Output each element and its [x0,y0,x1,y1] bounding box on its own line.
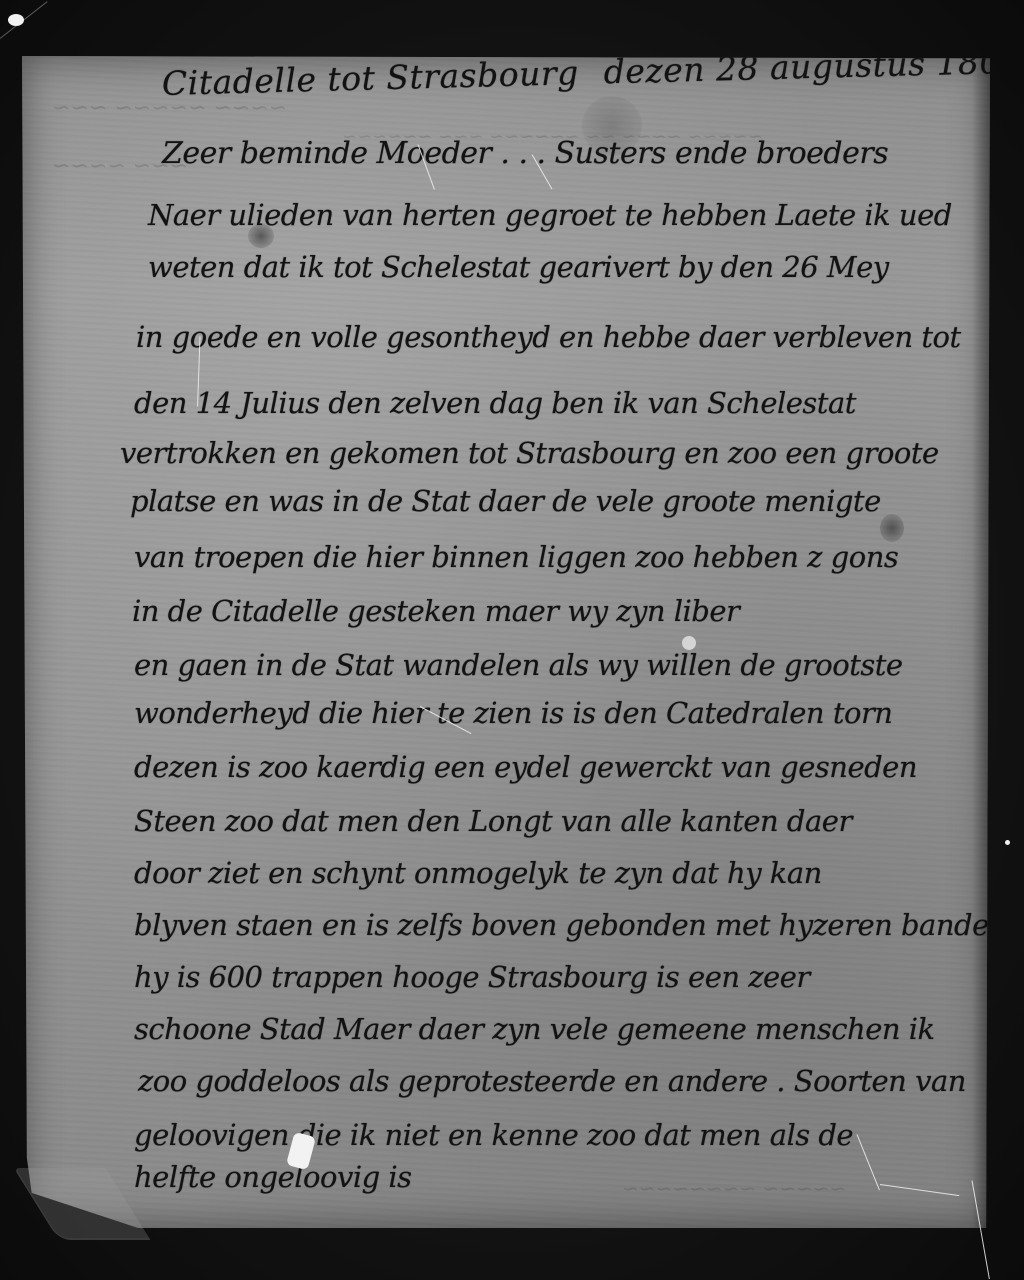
letter-page: ~~~~ ~~~~~ ~~~ ~~~ ~~~~ ~~~~~ ~~~~ ~~ ~~… [22,56,990,1228]
heading-place: Citadelle tot Strasbourg [161,53,579,103]
letter-line: in de Citadelle gesteken maer wy zyn lib… [132,594,739,628]
bleed-through: ~~~~~ ~~~~~~~~ [622,1176,846,1200]
letter-line: blyven staen en is zelfs boven gebonden … [134,908,1007,942]
letter-line: door ziet en schynt onmogelyk te zyn dat… [134,856,822,890]
letter-line: dezen is zoo kaerdig een eydel gewerckt … [134,750,917,784]
letter-line: van troepen die hier binnen liggen zoo h… [134,540,898,574]
letter-line: Naer ulieden van herten gegroet te hebbe… [148,198,952,232]
letter-salutation: Zeer beminde Moeder . . . Susters ende b… [162,136,888,171]
ink-stain [880,514,904,542]
document-scan: ~~~~ ~~~~~ ~~~ ~~~ ~~~~ ~~~~~ ~~~~ ~~ ~~… [0,0,1024,1280]
letter-line: helfte ongeloovig is [134,1160,412,1194]
letter-line: schoone Stad Maer daer zyn vele gemeene … [134,1012,935,1046]
letter-line: wonderheyd die hier te zien is is den Ca… [134,696,892,730]
heading-date: dezen 28 augustus 1809 [603,41,1023,91]
letter-line: weten dat ik tot Schelestat gearivert by… [148,250,889,284]
scan-hair [880,1184,959,1196]
letter-line: vertrokken en gekomen tot Strasbourg en … [120,436,939,470]
letter-line: hy is 600 trappen hooge Strasbourg is ee… [134,960,810,994]
scan-speck [1005,840,1010,845]
letter-line: Steen zoo dat men den Longt van alle kan… [134,804,852,838]
scan-speck [682,636,696,650]
letter-line: den 14 Julius den zelven dag ben ik van … [134,386,856,420]
letter-line: zoo goddeloos als geprotesteerde en ande… [138,1064,966,1098]
letter-line: platse en was in de Stat daer de vele gr… [130,484,881,518]
letter-line: en gaen in de Stat wandelen als wy wille… [134,648,903,682]
letter-line: in goede en volle gesontheyd en hebbe da… [136,320,961,354]
letter-line: geloovigen die ik niet en kenne zoo dat … [134,1118,853,1152]
letter-heading: Citadelle tot Strasbourg dezen 28 august… [161,41,1023,103]
scan-hair [857,1134,880,1190]
